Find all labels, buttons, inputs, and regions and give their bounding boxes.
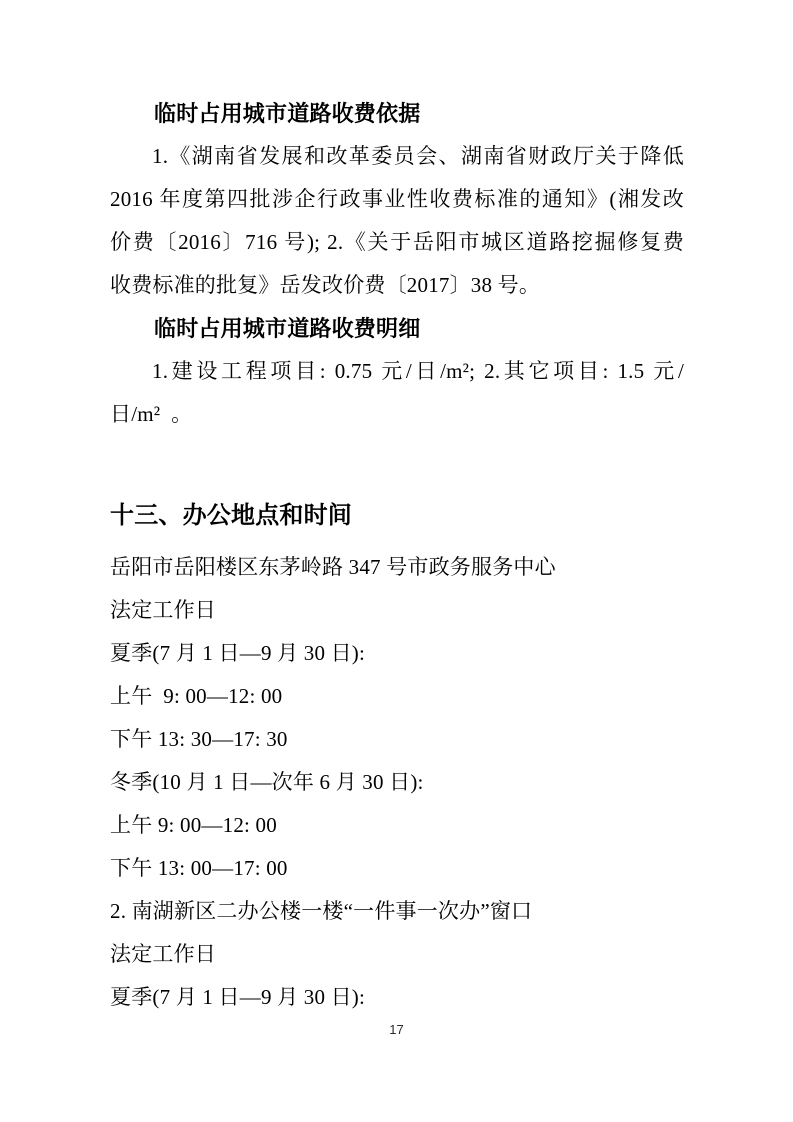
text-line: 下午 13: 30—17: 30 xyxy=(110,718,684,761)
text-line: 上午 9: 00—12: 00 xyxy=(110,804,684,847)
text-line: 岳阳市岳阳楼区东茅岭路 347 号市政务服务中心 xyxy=(110,546,684,589)
paragraph-line: 收费标准的批复》岳发改价费〔2017〕38 号。 xyxy=(110,264,684,307)
paragraph-line: 1.《湖南省发展和改革委员会、湖南省财政厅关于降低 xyxy=(110,135,684,178)
text-line: 法定工作日 xyxy=(110,933,684,976)
text-line: 上午 9: 00—12: 00 xyxy=(110,675,684,718)
subheading: 临时占用城市道路收费依据 xyxy=(110,92,684,135)
text-line: 夏季(7 月 1 日—9 月 30 日): xyxy=(110,632,684,675)
paragraph-line: 价费〔2016〕716 号); 2.《关于岳阳市城区道路挖掘修复费 xyxy=(110,221,684,264)
text-line: 夏季(7 月 1 日—9 月 30 日): xyxy=(110,976,684,1019)
paragraph-line: 日/m² 。 xyxy=(110,393,684,436)
document-content: 临时占用城市道路收费依据1.《湖南省发展和改革委员会、湖南省财政厅关于降低201… xyxy=(110,92,684,1019)
section-heading: 十三、办公地点和时间 xyxy=(110,494,684,537)
text-line: 2. 南湖新区二办公楼一楼“一件事一次办”窗口 xyxy=(110,890,684,933)
text-line: 法定工作日 xyxy=(110,589,684,632)
text-line: 下午 13: 00—17: 00 xyxy=(110,847,684,890)
subheading: 临时占用城市道路收费明细 xyxy=(110,307,684,350)
paragraph-line: 1.建设工程项目: 0.75 元/日/m²; 2.其它项目: 1.5 元/ xyxy=(110,350,684,393)
page-number: 17 xyxy=(0,1022,793,1037)
paragraph-line: 2016 年度第四批涉企行政事业性收费标准的通知》(湘发改 xyxy=(110,178,684,221)
document-page: 临时占用城市道路收费依据1.《湖南省发展和改革委员会、湖南省财政厅关于降低201… xyxy=(0,0,793,1122)
text-line: 冬季(10 月 1 日—次年 6 月 30 日): xyxy=(110,761,684,804)
